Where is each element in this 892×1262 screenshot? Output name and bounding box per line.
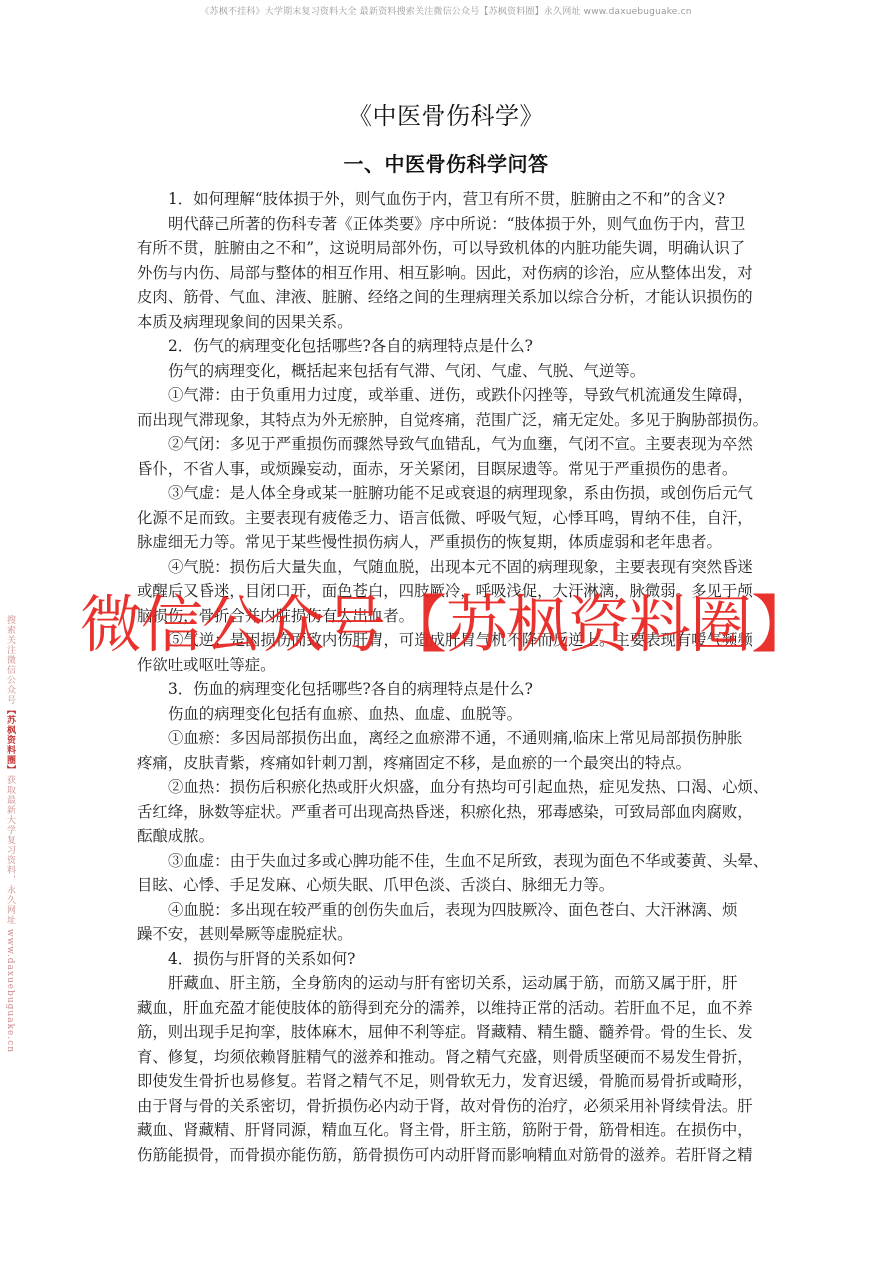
text-line: 躁不安，甚则晕厥等虚脱症状。 bbox=[137, 922, 767, 947]
text-line: 肝藏血、肝主筋，全身筋肉的运动与肝有密切关系，运动属于筋，而筋又属于肝，肝 bbox=[137, 971, 767, 996]
text-line: 明代薛己所著的伤科专著《正体类要》序中所说：“肢体损于外，则气血伤于内，营卫 bbox=[137, 212, 767, 237]
text-line: ①血瘀：多因局部损伤出血，离经之血瘀滞不通，不通则痛,临床上常见局部损伤肿胀 bbox=[137, 726, 767, 751]
text-line: 舌红绛，脉数等症状。严重者可出现高热昏迷，积瘀化热，邪毒感染，可致局部血肉腐败， bbox=[137, 800, 767, 825]
section-title: 一、中医骨伤科学问答 bbox=[0, 148, 892, 177]
text-line: ①气滞：由于负重用力过度，或举重、迸伤，或跌仆闪挫等，导致气机流通发生障碍， bbox=[137, 383, 767, 408]
text-line: 伤气的病理变化，概括起来包括有气滞、气闭、气虚、气脱、气逆等。 bbox=[137, 359, 767, 384]
text-line: 育、修复，均须依赖肾脏精气的滋养和推动。肾之精气充盛，则骨质坚硬而不易发生骨折， bbox=[137, 1045, 767, 1070]
text-line: 伤筋能损骨，而骨损亦能伤筋，筋骨损伤可内动肝肾而影响精血对筋骨的滋养。若肝肾之精 bbox=[137, 1143, 767, 1168]
text-line: ②气闭：多见于严重损伤而骤然导致气血错乱，气为血壅，气闭不宣。主要表现为卒然 bbox=[137, 432, 767, 457]
text-line: 2．伤气的病理变化包括哪些?各自的病理特点是什么? bbox=[137, 334, 767, 359]
text-line: 由于肾与骨的关系密切，骨折损伤必内动于肾，故对骨伤的治疗，必须采用补肾续骨法。肝 bbox=[137, 1094, 767, 1119]
side-banner-part1: 搜索关注微信公众号 bbox=[5, 615, 15, 705]
text-line: 有所不贯，脏腑由之不和”，这说明局部外伤，可以导致机体的内脏功能失调，明确认识了 bbox=[137, 236, 767, 261]
document-title: 《中医骨伤科学》 bbox=[0, 96, 892, 131]
text-line: 本质及病理现象间的因果关系。 bbox=[137, 310, 767, 335]
side-banner: 搜索关注微信公众号【苏枫资料圈】获取最新大学复习资料，永久网址 www.daxu… bbox=[4, 615, 16, 1053]
text-line: ⑤气逆：是因损伤而致内伤肝胃，可造成肝胃气机不降而反逆上。主要表现有嗳气频频 bbox=[137, 628, 767, 653]
text-line: 皮肉、筋骨、气血、津液、脏腑、经络之间的生理病理关系加以综合分析，才能认识损伤的 bbox=[137, 285, 767, 310]
text-line: 疼痛，皮肤青紫，疼痛如针刺刀割，疼痛固定不移，是血瘀的一个最突出的特点。 bbox=[137, 751, 767, 776]
text-line: 外伤与内伤、局部与整体的相互作用、相互影响。因此，对伤病的诊治，应从整体出发，对 bbox=[137, 261, 767, 286]
text-line: 酝酿成脓。 bbox=[137, 824, 767, 849]
side-banner-part2: 【苏枫资料圈】 bbox=[5, 705, 15, 775]
side-banner-part3: 获取最新大学复习资料，永久网址 www.daxuebuguake.cn bbox=[5, 775, 15, 1053]
text-line: 而出现气滞现象，其特点为外无瘀肿，自觉疼痛，范围广泛，痛无定处。多见于胸胁部损伤… bbox=[137, 408, 767, 433]
text-line: ③气虚：是人体全身或某一脏腑功能不足或衰退的病理现象，系由伤损，或创伤后元气 bbox=[137, 481, 767, 506]
text-line: 脉虚细无力等。常见于某些慢性损伤病人，严重损伤的恢复期，体质虚弱和老年患者。 bbox=[137, 530, 767, 555]
text-line: 1．如何理解“肢体损于外，则气血伤于内，营卫有所不贯，脏腑由之不和”的含义? bbox=[137, 187, 767, 212]
top-banner: 《苏枫不挂科》大学期末复习资料大全 最新资料搜索关注微信公众号【苏枫资料圈】永久… bbox=[0, 4, 892, 17]
text-line: 或醒后又昏迷，目闭口开，面色苍白，四肢厥冷，呼吸浅促，大汗淋漓，脉微弱。多见于颅 bbox=[137, 579, 767, 604]
text-line: 筋，则出现手足拘挛，肢体麻木，屈伸不利等症。肾藏精、精生髓、髓养骨。骨的生长、发 bbox=[137, 1020, 767, 1045]
text-line: ③血虚：由于失血过多或心脾功能不佳，生血不足所致，表现为面色不华或萎黄、头晕、 bbox=[137, 849, 767, 874]
text-line: ②血热：损伤后积瘀化热或肝火炽盛，血分有热均可引起血热，症见发热、口渴、心烦、 bbox=[137, 775, 767, 800]
text-line: 化源不足而致。主要表现有疲倦乏力、语言低微、呼吸气短，心悸耳鸣，胃纳不佳，自汗， bbox=[137, 506, 767, 531]
text-line: 作欲吐或呕吐等症。 bbox=[137, 653, 767, 678]
text-line: 藏血，肝血充盈才能使肢体的筋得到充分的濡养，以维持正常的活动。若肝血不足，血不养 bbox=[137, 996, 767, 1021]
text-line: 4．损伤与肝肾的关系如何? bbox=[137, 947, 767, 972]
document-body: 1．如何理解“肢体损于外，则气血伤于内，营卫有所不贯，脏腑由之不和”的含义?明代… bbox=[137, 187, 767, 1167]
text-line: 伤血的病理变化包括有血瘀、血热、血虚、血脱等。 bbox=[137, 702, 767, 727]
text-line: ④血脱：多出现在较严重的创伤失血后，表现为四肢厥冷、面色苍白、大汗淋漓、烦 bbox=[137, 898, 767, 923]
text-line: 目眩、心悸、手足发麻、心烦失眠、爪甲色淡、舌淡白、脉细无力等。 bbox=[137, 873, 767, 898]
text-line: 3．伤血的病理变化包括哪些?各自的病理特点是什么? bbox=[137, 677, 767, 702]
text-line: 昏仆，不省人事，或烦躁妄动，面赤，牙关紧闭，目瞑尿遗等。常见于严重损伤的患者。 bbox=[137, 457, 767, 482]
text-line: 即使发生骨折也易修复。若肾之精气不足，则骨软无力，发育迟缓，骨脆而易骨折或畸形， bbox=[137, 1069, 767, 1094]
text-line: 藏血、肾藏精、肝肾同源，精血互化。肾主骨，肝主筋，筋附于骨，筋骨相连。在损伤中， bbox=[137, 1118, 767, 1143]
text-line: 脑损伤，骨折合并内脏损伤有大出血者。 bbox=[137, 604, 767, 629]
text-line: ④气脱：损伤后大量失血，气随血脱，出现本元不固的病理现象，主要表现有突然昏迷 bbox=[137, 555, 767, 580]
